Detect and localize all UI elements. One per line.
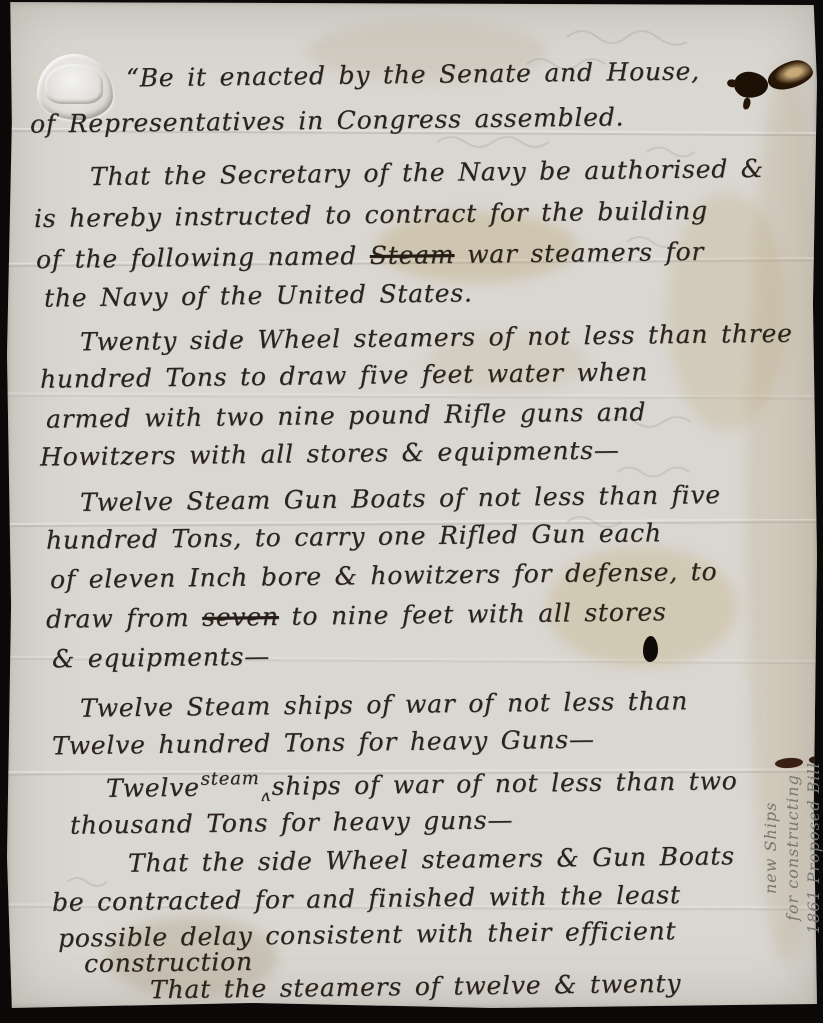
manuscript-line: of eleven Inch bore & howitzers for defe… bbox=[50, 557, 718, 594]
manuscript-text: “Be it enacted by the Senate and House,o… bbox=[0, 0, 823, 1023]
manuscript-segment: of the following named bbox=[36, 241, 370, 274]
manuscript-segment: Twelve bbox=[106, 773, 200, 803]
manuscript-segment: is hereby instructed to contract for the… bbox=[34, 196, 708, 233]
manuscript-line: Twelve hundred Tons for heavy Guns— bbox=[52, 725, 595, 761]
margin-note-line: new Ships bbox=[760, 698, 782, 998]
manuscript-line: of the following named Steam war steamer… bbox=[36, 237, 705, 274]
manuscript-segment: hundred Tons to draw five feet water whe… bbox=[40, 357, 648, 393]
manuscript-line: the Navy of the United States. bbox=[44, 278, 473, 312]
manuscript-line: Twelve Steam Gun Boats of not less than … bbox=[80, 480, 721, 517]
manuscript-line: Twelve Steam ships of war of not less th… bbox=[80, 686, 688, 722]
margin-note-line: for constructing bbox=[782, 698, 804, 998]
manuscript-segment: of eleven Inch bore & howitzers for defe… bbox=[50, 557, 718, 594]
manuscript-line: hundred Tons to draw five feet water whe… bbox=[40, 357, 648, 393]
manuscript-line: is hereby instructed to contract for the… bbox=[34, 196, 708, 233]
manuscript-line: hundred Tons, to carry one Rifled Gun ea… bbox=[46, 518, 662, 555]
manuscript-segment: of Representatives in Congress assembled… bbox=[30, 102, 625, 138]
manuscript-segment: to nine feet with all stores bbox=[279, 597, 667, 631]
manuscript-line: That the Secretary of the Navy be author… bbox=[90, 154, 764, 191]
manuscript-line: “Be it enacted by the Senate and House, bbox=[126, 56, 700, 92]
manuscript-line: armed with two nine pound Rifle guns and bbox=[46, 397, 646, 433]
margin-annotation: 1861 Proposed Billfor constructingnew Sh… bbox=[760, 698, 823, 1018]
manuscript-segment: Twelve Steam ships of war of not less th… bbox=[80, 686, 688, 722]
manuscript-segment: thousand Tons for heavy guns— bbox=[70, 805, 514, 839]
manuscript-line: & equipments— bbox=[52, 642, 270, 674]
manuscript-segment: Howitzers with all stores & equipments— bbox=[40, 435, 620, 471]
manuscript-segment: war steamers for bbox=[454, 237, 704, 269]
manuscript-segment: That the steamers of twelve & twenty bbox=[150, 969, 682, 1004]
margin-note-line: 1861 Proposed Bill bbox=[803, 698, 823, 998]
manuscript-line: That the side Wheel steamers & Gun Boats bbox=[128, 841, 735, 877]
manuscript-segment: be contracted for and finished with the … bbox=[52, 880, 681, 917]
manuscript-segment-strike: Steam bbox=[370, 240, 455, 270]
manuscript-segment: Twelve hundred Tons for heavy Guns— bbox=[52, 725, 595, 761]
manuscript-segment: Twenty side Wheel steamers of not less t… bbox=[80, 319, 793, 357]
manuscript-line: Howitzers with all stores & equipments— bbox=[40, 435, 620, 471]
manuscript-segment: hundred Tons, to carry one Rifled Gun ea… bbox=[46, 518, 662, 555]
scanned-document: { "document": { "kind": "handwritten man… bbox=[0, 0, 823, 1023]
manuscript-segment-caret: ʌ bbox=[261, 786, 271, 805]
manuscript-segment-sup: steam bbox=[200, 768, 259, 790]
manuscript-line: of Representatives in Congress assembled… bbox=[30, 102, 625, 138]
manuscript-line: draw from seven to nine feet with all st… bbox=[46, 597, 667, 634]
manuscript-segment: Twelve Steam Gun Boats of not less than … bbox=[80, 480, 721, 517]
manuscript-line: Twelvesteamʌships of war of not less tha… bbox=[106, 766, 738, 803]
manuscript-segment: & equipments— bbox=[52, 642, 270, 674]
manuscript-line: be contracted for and finished with the … bbox=[52, 880, 681, 917]
manuscript-segment: “Be it enacted by the Senate and House, bbox=[126, 56, 700, 92]
manuscript-segment-strike: seven bbox=[202, 602, 279, 632]
manuscript-segment: That the Secretary of the Navy be author… bbox=[90, 154, 764, 191]
manuscript-line: Twenty side Wheel steamers of not less t… bbox=[80, 319, 793, 357]
manuscript-segment: draw from bbox=[46, 603, 202, 634]
manuscript-segment: ships of war of not less than two bbox=[271, 766, 737, 801]
manuscript-line: That the steamers of twelve & twenty bbox=[150, 969, 682, 1004]
manuscript-segment: the Navy of the United States. bbox=[44, 278, 473, 312]
manuscript-segment: armed with two nine pound Rifle guns and bbox=[46, 397, 646, 433]
manuscript-segment: That the side Wheel steamers & Gun Boats bbox=[128, 841, 735, 877]
manuscript-line: thousand Tons for heavy guns— bbox=[70, 805, 514, 839]
